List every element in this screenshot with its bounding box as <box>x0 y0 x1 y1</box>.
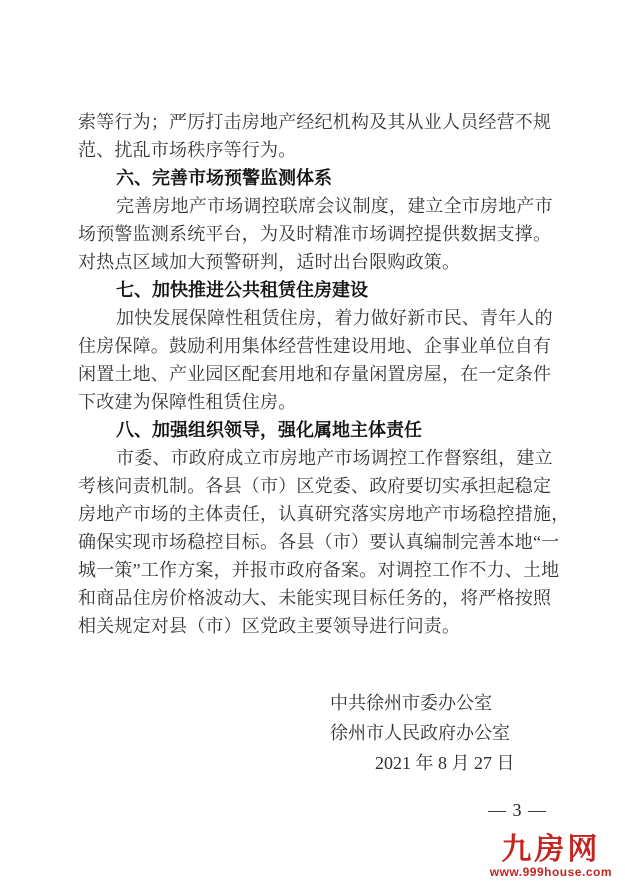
body-line: 场预警监测系统平台，为及时精准市场调控提供数据支撑。 <box>78 220 556 248</box>
section-heading-6: 六、完善市场预警监测体系 <box>78 164 556 192</box>
body-line: 范、扰乱市场秩序等行为。 <box>78 136 556 164</box>
section-heading-8: 八、加强组织领导，强化属地主体责任 <box>78 416 556 444</box>
watermark-url: www.999house.com <box>490 865 612 879</box>
document-body: 索等行为；严厉打击房地产经纪机构及其从业人员经营不规 范、扰乱市场秩序等行为。 … <box>78 108 556 778</box>
body-line: 和商品住房价格波动大、未能实现目标任务的，将严格按照 <box>78 584 556 612</box>
body-line: 房地产市场的主体责任，认真研究落实房地产市场稳控措施， <box>78 500 556 528</box>
watermark-logo: 九房网 <box>490 835 612 865</box>
body-line: 索等行为；严厉打击房地产经纪机构及其从业人员经营不规 <box>78 108 556 136</box>
body-line: 市委、市政府成立市房地产市场调控工作督察组，建立 <box>78 444 556 472</box>
body-line: 闲置土地、产业园区配套用地和存量闲置房屋，在一定条件 <box>78 360 556 388</box>
signature-org-government: 徐州市人民政府办公室 <box>330 718 556 748</box>
body-line: 完善房地产市场调控联席会议制度，建立全市房地产市 <box>78 192 556 220</box>
body-line: 住房保障。鼓励利用集体经营性建设用地、企事业单位自有 <box>78 332 556 360</box>
section-heading-7: 七、加快推进公共租赁住房建设 <box>78 276 556 304</box>
body-line: 考核问责机制。各县（市）区党委、政府要切实承担起稳定 <box>78 472 556 500</box>
document-page: 索等行为；严厉打击房地产经纪机构及其从业人员经营不规 范、扰乱市场秩序等行为。 … <box>0 0 625 883</box>
signature-org-party: 中共徐州市委办公室 <box>330 688 556 718</box>
body-line: 加快发展保障性租赁住房，着力做好新市民、青年人的 <box>78 304 556 332</box>
signature-date: 2021 年 8 月 27 日 <box>330 748 556 778</box>
signature-block: 中共徐州市委办公室 徐州市人民政府办公室 2021 年 8 月 27 日 <box>330 688 556 778</box>
body-line: 相关规定对县（市）区党政主要领导进行问责。 <box>78 612 556 640</box>
watermark: 九房网 www.999house.com <box>490 835 612 879</box>
page-number: — 3 — <box>488 796 547 824</box>
body-line: 下改建为保障性租赁住房。 <box>78 388 556 416</box>
body-line: 对热点区域加大预警研判，适时出台限购政策。 <box>78 248 556 276</box>
body-line: 城一策”工作方案，并报市政府备案。对调控工作不力、土地 <box>78 556 556 584</box>
body-line: 确保实现市场稳控目标。各县（市）要认真编制完善本地“一 <box>78 528 556 556</box>
